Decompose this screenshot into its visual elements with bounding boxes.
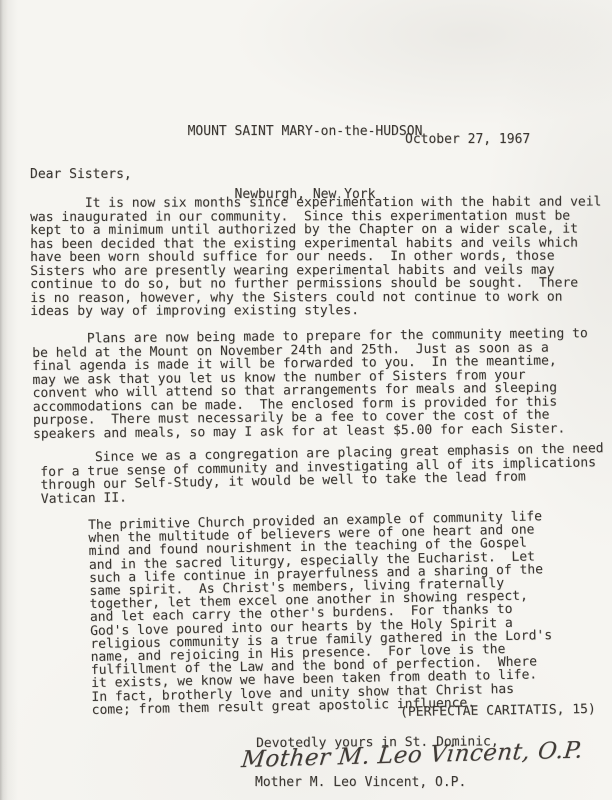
- date-line: October 27, 1967: [405, 133, 530, 147]
- body-paragraph-3: Since we as a congregation are placing g…: [40, 442, 604, 506]
- body-paragraph-1: It is now six months since experimentati…: [30, 196, 602, 319]
- typed-signature: Mother M. Leo Vincent, O.P.: [255, 776, 466, 790]
- salutation: Dear Sisters,: [30, 168, 132, 182]
- block-quote-perfectae-caritatis: The primitive Church provided an example…: [88, 510, 553, 717]
- scanned-letter-page: MOUNT SAINT MARY-on-the-HUDSON Newburgh,…: [0, 0, 612, 800]
- quote-citation: (PERFECTAE CARITATIS, 15): [400, 703, 596, 720]
- scan-edge-shadow: [0, 0, 18, 800]
- body-paragraph-2: Plans are now being made to prepare for …: [32, 327, 589, 441]
